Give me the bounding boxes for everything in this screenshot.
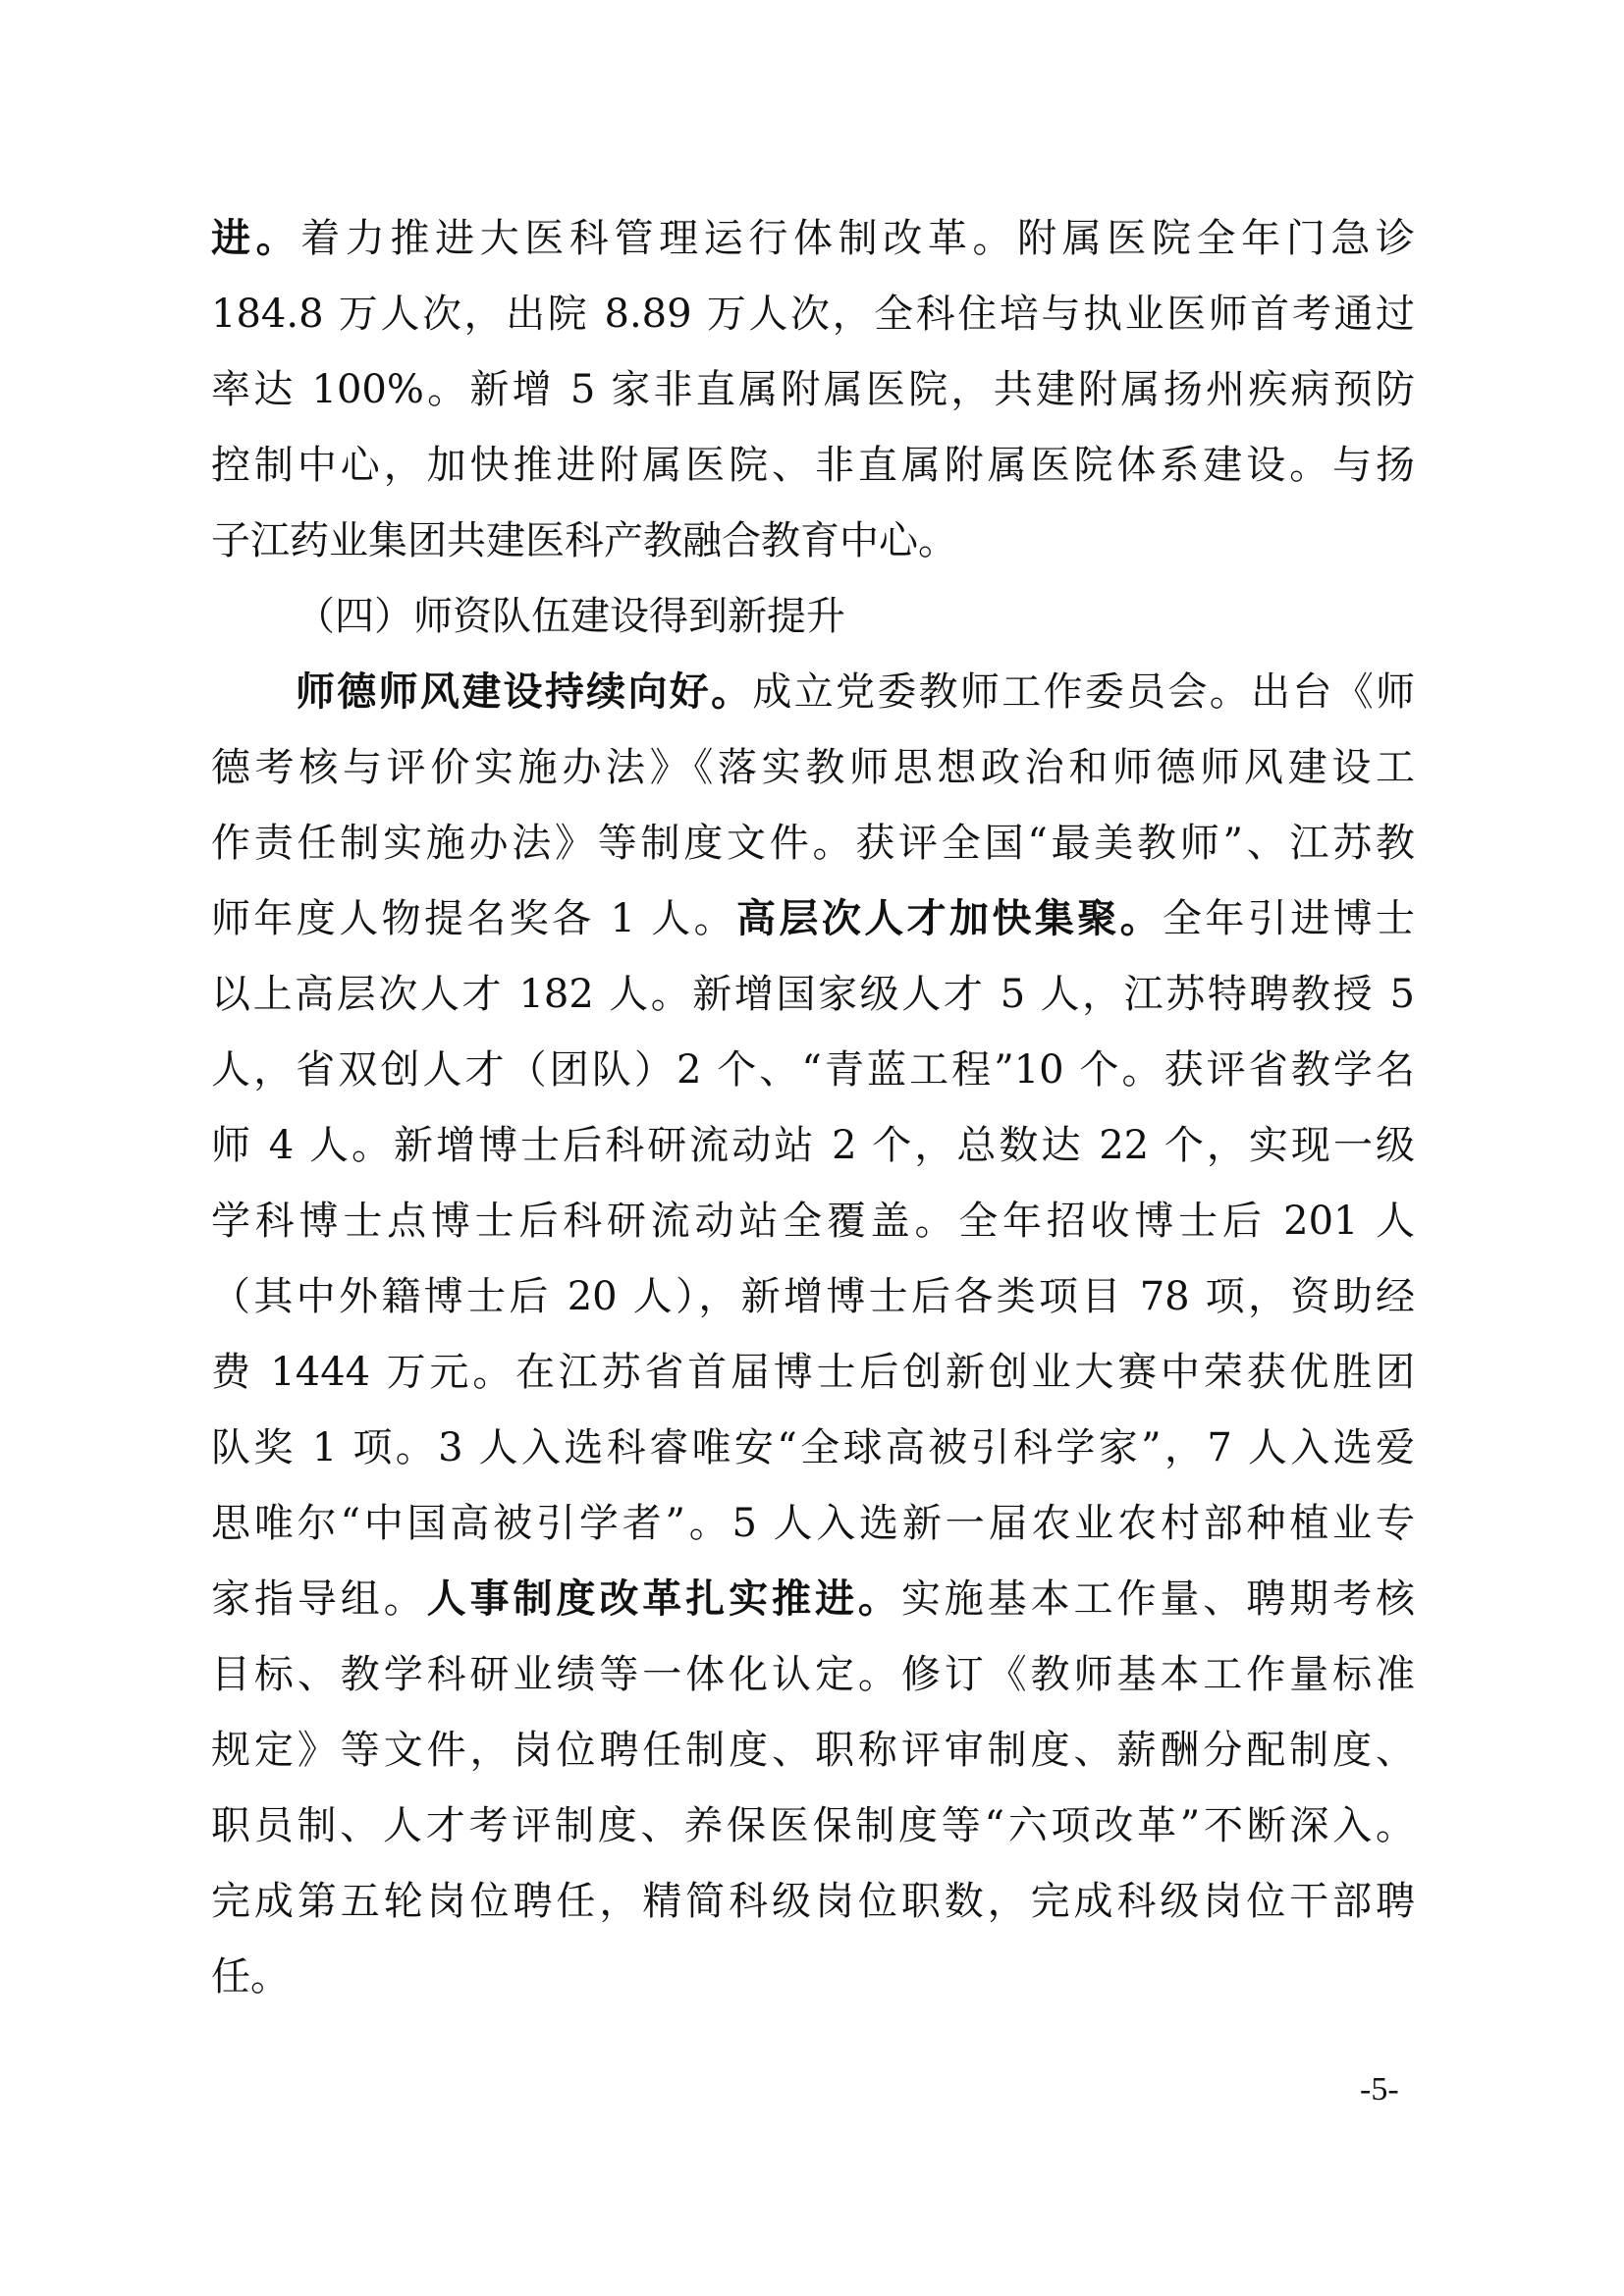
text-segment: 184.8 万人次，出院 8.89 万人次，全科住培与执业医师首考通过 — [211, 292, 1415, 337]
text-segment: 以上高层次人才 182 人。新增国家级人才 5 人，江苏特聘教授 5 — [211, 972, 1415, 1017]
section-heading: （四）师资队伍建设得到新提升 — [211, 579, 1415, 655]
text-segment: 子江药业集团共建医科产教融合教育中心。 — [211, 518, 957, 563]
text-segment: （其中外籍博士后 20 人），新增博士后各类项目 78 项，资助经 — [211, 1274, 1415, 1319]
text-segment: 任。 — [211, 1954, 290, 2000]
text-segment: 作责任制实施办法》等制度文件。获评全国“最美教师”、江苏教 — [211, 821, 1415, 866]
text-segment: 队奖 1 项。3 人入选科睿唯安“全球高被引科学家”，7 人入选爱 — [211, 1425, 1415, 1470]
text-line: 德考核与评价实施办法》《落实教师思想政治和师德师风建设工 — [211, 730, 1415, 806]
text-segment: 家指导组。 — [211, 1576, 427, 1622]
document-page: 进。着力推进大医科管理运行体制改革。附属医院全年门急诊184.8 万人次，出院 … — [0, 0, 1624, 2296]
text-line: 任。 — [211, 1940, 1415, 2015]
text-line: 职员制、人才考评制度、养保医保制度等“六项改革”不断深入。 — [211, 1789, 1415, 1864]
bold-lead-phrase: 高层次人才加快集聚。 — [736, 896, 1163, 941]
text-line: 进。着力推进大医科管理运行体制改革。附属医院全年门急诊 — [211, 201, 1415, 277]
text-line: 率达 100%。新增 5 家非直属附属医院，共建附属扬州疾病预防 — [211, 352, 1415, 428]
text-line: 费 1444 万元。在江苏省首届博士后创新创业大赛中荣获优胜团 — [211, 1335, 1415, 1411]
text-line: 控制中心，加快推进附属医院、非直属附属医院体系建设。与扬 — [211, 428, 1415, 504]
text-segment: 师年度人物提名奖各 1 人。 — [211, 896, 736, 941]
text-line: 师年度人物提名奖各 1 人。高层次人才加快集聚。全年引进博士 — [211, 881, 1415, 957]
text-line: 以上高层次人才 182 人。新增国家级人才 5 人，江苏特聘教授 5 — [211, 957, 1415, 1033]
text-segment: 全年引进博士 — [1163, 896, 1415, 941]
text-line: 目标、教学科研业绩等一体化认定。修订《教师基本工作量标准 — [211, 1637, 1415, 1713]
text-segment: 规定》等文件，岗位聘任制度、职称评审制度、薪酬分配制度、 — [211, 1728, 1415, 1773]
page-number: -5- — [1360, 2071, 1399, 2109]
text-line: 人，省双创人才（团队）2 个、“青蓝工程”10 个。获评省教学名 — [211, 1033, 1415, 1108]
text-line: 师德师风建设持续向好。成立党委教师工作委员会。出台《师 — [211, 655, 1415, 730]
text-segment: 人，省双创人才（团队）2 个、“青蓝工程”10 个。获评省教学名 — [211, 1047, 1415, 1093]
text-line: 队奖 1 项。3 人入选科睿唯安“全球高被引科学家”，7 人入选爱 — [211, 1411, 1415, 1486]
bold-lead-phrase: 进。 — [211, 216, 300, 261]
text-segment: 控制中心，加快推进附属医院、非直属附属医院体系建设。与扬 — [211, 443, 1415, 488]
text-line: （其中外籍博士后 20 人），新增博士后各类项目 78 项，资助经 — [211, 1259, 1415, 1335]
text-segment: 思唯尔“中国高被引学者”。5 人入选新一届农业农村部种植业专 — [211, 1501, 1415, 1546]
text-line: 家指导组。人事制度改革扎实推进。实施基本工作量、聘期考核 — [211, 1562, 1415, 1637]
text-segment: 率达 100%。新增 5 家非直属附属医院，共建附属扬州疾病预防 — [211, 367, 1415, 412]
text-line: 子江药业集团共建医科产教融合教育中心。 — [211, 504, 1415, 579]
text-segment: 职员制、人才考评制度、养保医保制度等“六项改革”不断深入。 — [211, 1803, 1415, 1848]
body-text: 进。着力推进大医科管理运行体制改革。附属医院全年门急诊184.8 万人次，出院 … — [211, 201, 1415, 2015]
text-segment: 目标、教学科研业绩等一体化认定。修订《教师基本工作量标准 — [211, 1652, 1415, 1697]
text-line: 师 4 人。新增博士后科研流动站 2 个，总数达 22 个，实现一级 — [211, 1108, 1415, 1184]
text-line: 学科博士点博士后科研流动站全覆盖。全年招收博士后 201 人 — [211, 1184, 1415, 1259]
bold-lead-phrase: 师德师风建设持续向好。 — [296, 669, 752, 715]
text-line: 规定》等文件，岗位聘任制度、职称评审制度、薪酬分配制度、 — [211, 1713, 1415, 1789]
text-segment: 费 1444 万元。在江苏省首届博士后创新创业大赛中荣获优胜团 — [211, 1350, 1415, 1395]
text-line: 思唯尔“中国高被引学者”。5 人入选新一届农业农村部种植业专 — [211, 1486, 1415, 1562]
bold-lead-phrase: 人事制度改革扎实推进。 — [427, 1576, 901, 1622]
text-segment: 实施基本工作量、聘期考核 — [901, 1576, 1415, 1622]
text-segment: 完成第五轮岗位聘任，精简科级岗位职数，完成科级岗位干部聘 — [211, 1879, 1415, 1924]
text-line: 完成第五轮岗位聘任，精简科级岗位职数，完成科级岗位干部聘 — [211, 1864, 1415, 1940]
text-line: 作责任制实施办法》等制度文件。获评全国“最美教师”、江苏教 — [211, 806, 1415, 881]
text-segment: 着力推进大医科管理运行体制改革。附属医院全年门急诊 — [300, 216, 1415, 261]
text-segment: 学科博士点博士后科研流动站全覆盖。全年招收博士后 201 人 — [211, 1199, 1415, 1244]
text-segment: 德考核与评价实施办法》《落实教师思想政治和师德师风建设工 — [211, 745, 1415, 790]
text-line: 184.8 万人次，出院 8.89 万人次，全科住培与执业医师首考通过 — [211, 277, 1415, 352]
text-segment: 成立党委教师工作委员会。出台《师 — [752, 669, 1415, 715]
text-segment: 师 4 人。新增博士后科研流动站 2 个，总数达 22 个，实现一级 — [211, 1123, 1415, 1168]
